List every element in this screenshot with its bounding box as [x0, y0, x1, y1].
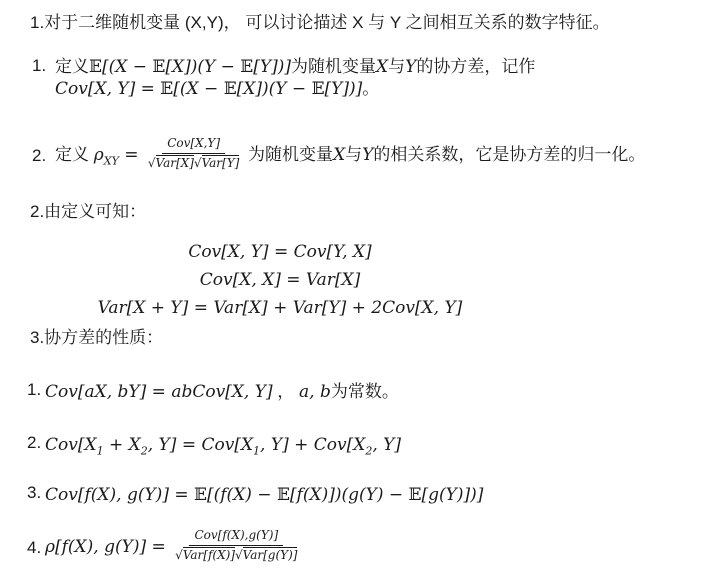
math-m: Cov[aX, bY] = abCov[X, Y] — [45, 382, 273, 402]
text-run: 的协方差，记作 — [416, 57, 535, 76]
radical-body: Var[X] — [156, 155, 194, 171]
math-sqrt: √Var[g(Y)] — [235, 547, 297, 564]
list-marker: 1. — [32, 56, 55, 76]
list-marker: 1. — [27, 380, 45, 400]
math-line: 定义 ρXY = Cov[X,Y]√Var[X]√Var[Y] 为随机变量X与Y… — [55, 138, 645, 173]
text-run: ， — [273, 382, 299, 401]
property-item-2: 2. Cov[X1 + X2, Y] = Cov[X1, Y] + Cov[X2… — [27, 433, 401, 457]
text-run: 与 — [345, 145, 362, 164]
radical-body: Var[f(X)] — [183, 547, 235, 563]
math-u: 𝔼 — [194, 485, 207, 505]
math-m: , Y] — [372, 435, 401, 455]
definition-item-2: 2. 定义 ρXY = Cov[X,Y]√Var[X]√Var[Y] 为随机变量… — [32, 138, 645, 173]
math-sub: 1 — [253, 444, 260, 457]
math-m: a, b — [299, 382, 331, 402]
fraction-numerator: Cov[f(X),g(Y)] — [189, 528, 283, 546]
property-item-3: 3. Cov[f(X), g(Y)] = 𝔼[(f(X) − 𝔼[f(X)])(… — [27, 483, 483, 507]
math-m: X — [333, 145, 345, 165]
math-m: Y — [362, 145, 373, 165]
properties-paragraph: 3.协方差的性质： — [30, 327, 163, 349]
math-u: 𝔼 — [312, 79, 325, 99]
math-m: [(f(X) − — [207, 485, 277, 505]
math-m: Var[g(Y)] — [243, 548, 298, 562]
math-m: Var[X] — [156, 156, 194, 170]
radical-sign: √ — [175, 548, 183, 562]
math-m: [Y])] — [253, 57, 291, 77]
math-sub: 1 — [97, 444, 104, 457]
math-m: Var[Y] — [202, 156, 240, 170]
list-marker: 2. — [27, 433, 45, 453]
text-run: 。 — [362, 79, 379, 98]
math-m: [(X − — [173, 79, 223, 99]
math-sub: 2 — [141, 444, 148, 457]
math-u: 𝔼 — [160, 79, 173, 99]
math-u: 𝔼 — [240, 57, 253, 77]
math-m: = — [119, 145, 144, 165]
radical-sign: √ — [235, 548, 243, 562]
math-m: Y — [405, 57, 416, 77]
math-m: ρ — [94, 145, 104, 165]
list-marker: 3. — [27, 483, 45, 503]
math-m: [Y])] — [325, 79, 363, 99]
fraction-numerator: Cov[X,Y] — [162, 136, 225, 154]
equation-line-3: Var[X + Y] = Var[X] + Var[Y] + 2Cov[X, Y… — [30, 294, 530, 322]
math-line: Cov[aX, bY] = abCov[X, Y] ， a, b为常数。 — [45, 380, 399, 404]
radical-body: Var[Y] — [202, 155, 240, 171]
math-frac: Cov[f(X),g(Y)]√Var[f(X)]√Var[g(Y)] — [175, 528, 297, 563]
intro-paragraph: 1.对于二维随机变量 (X,Y)， 可以讨论描述 X 与 Y 之间相互关系的数字… — [30, 12, 610, 34]
math-m: , Y] + Cov[X — [260, 435, 365, 455]
math-sqrt: √Var[f(X)] — [175, 547, 235, 564]
math-u: 𝔼 — [224, 79, 237, 99]
math-m: Cov[X, Y] = — [55, 79, 160, 99]
fraction-denominator: √Var[X]√Var[Y] — [148, 154, 239, 172]
math-m: + X — [104, 435, 141, 455]
math-sub: XY — [104, 154, 119, 167]
math-m: Cov[f(X), g(Y)] = — [45, 485, 194, 505]
math-m: Var[X + Y] = Var[X] + Var[Y] + 2Cov[X, Y… — [98, 298, 463, 318]
text-run: 的相关系数，它是协方差的归一化。 — [373, 145, 645, 164]
text-run: 为常数。 — [331, 382, 399, 401]
text-run: 定义 — [55, 145, 94, 164]
math-u: 𝔼 — [409, 485, 422, 505]
equation-line-1: Cov[X, Y] = Cov[Y, X] — [30, 238, 530, 266]
math-m: Cov[X, X] = Var[X] — [200, 270, 361, 290]
math-m: X — [376, 57, 388, 77]
math-m: [X])(Y − — [165, 57, 240, 77]
radical-sign: √ — [194, 156, 202, 170]
math-line: ρ[f(X), g(Y)] = Cov[f(X),g(Y)]√Var[f(X)]… — [45, 530, 301, 565]
math-m: Cov[X, Y] = Cov[Y, X] — [188, 242, 371, 262]
math-u: 𝔼 — [89, 57, 102, 77]
math-m: Cov[X — [45, 435, 97, 455]
math-frac: Cov[X,Y]√Var[X]√Var[Y] — [148, 136, 239, 171]
list-marker: 4. — [27, 538, 45, 558]
math-m: Cov[X,Y] — [167, 136, 220, 150]
property-item-4: 4. ρ[f(X), g(Y)] = Cov[f(X),g(Y)]√Var[f(… — [27, 530, 301, 565]
fraction-denominator: √Var[f(X)]√Var[g(Y)] — [175, 546, 297, 564]
radical-sign: √ — [148, 156, 156, 170]
math-line: Cov[X, Y] = 𝔼[(X − 𝔼[X])(Y − 𝔼[Y])]。 — [55, 78, 535, 100]
equation-block: Cov[X, Y] = Cov[Y, X] Cov[X, X] = Var[X]… — [30, 238, 530, 322]
math-m: , Y] = Cov[X — [148, 435, 253, 455]
text-run: 为随机变量 — [291, 57, 376, 76]
radical-body: Var[g(Y)] — [243, 547, 298, 563]
text-run: 与 — [388, 57, 405, 76]
math-m: [X])(Y − — [237, 79, 312, 99]
math-sqrt: √Var[X] — [148, 155, 194, 172]
math-m: [g(Y)])] — [422, 485, 484, 505]
math-sqrt: √Var[Y] — [194, 155, 239, 172]
definition-item-1-body: 定义𝔼[(X − 𝔼[X])(Y − 𝔼[Y])]为随机变量X与Y的协方差，记作… — [55, 56, 535, 100]
equation-line-2: Cov[X, X] = Var[X] — [30, 266, 530, 294]
math-m: [(X − — [102, 57, 152, 77]
math-u: 𝔼 — [277, 485, 290, 505]
math-line: Cov[f(X), g(Y)] = 𝔼[(f(X) − 𝔼[f(X)])(g(Y… — [45, 483, 483, 507]
math-line: 定义𝔼[(X − 𝔼[X])(Y − 𝔼[Y])]为随机变量X与Y的协方差，记作 — [55, 56, 535, 78]
text-run: 为随机变量 — [243, 145, 333, 164]
math-u: 𝔼 — [152, 57, 165, 77]
from-definition-paragraph: 2.由定义可知： — [30, 201, 146, 223]
math-m: Var[f(X)] — [183, 548, 235, 562]
math-m: Cov[f(X),g(Y)] — [194, 528, 278, 542]
text-run: 定义 — [55, 57, 89, 76]
math-m: ρ[f(X), g(Y)] = — [45, 537, 171, 557]
list-marker: 2. — [32, 146, 55, 166]
definition-item-1: 1. 定义𝔼[(X − 𝔼[X])(Y − 𝔼[Y])]为随机变量X与Y的协方差… — [32, 56, 535, 100]
math-m: [f(X)])(g(Y) − — [290, 485, 409, 505]
math-line: Cov[X1 + X2, Y] = Cov[X1, Y] + Cov[X2, Y… — [45, 433, 401, 457]
property-item-1: 1. Cov[aX, bY] = abCov[X, Y] ， a, b为常数。 — [27, 380, 399, 404]
